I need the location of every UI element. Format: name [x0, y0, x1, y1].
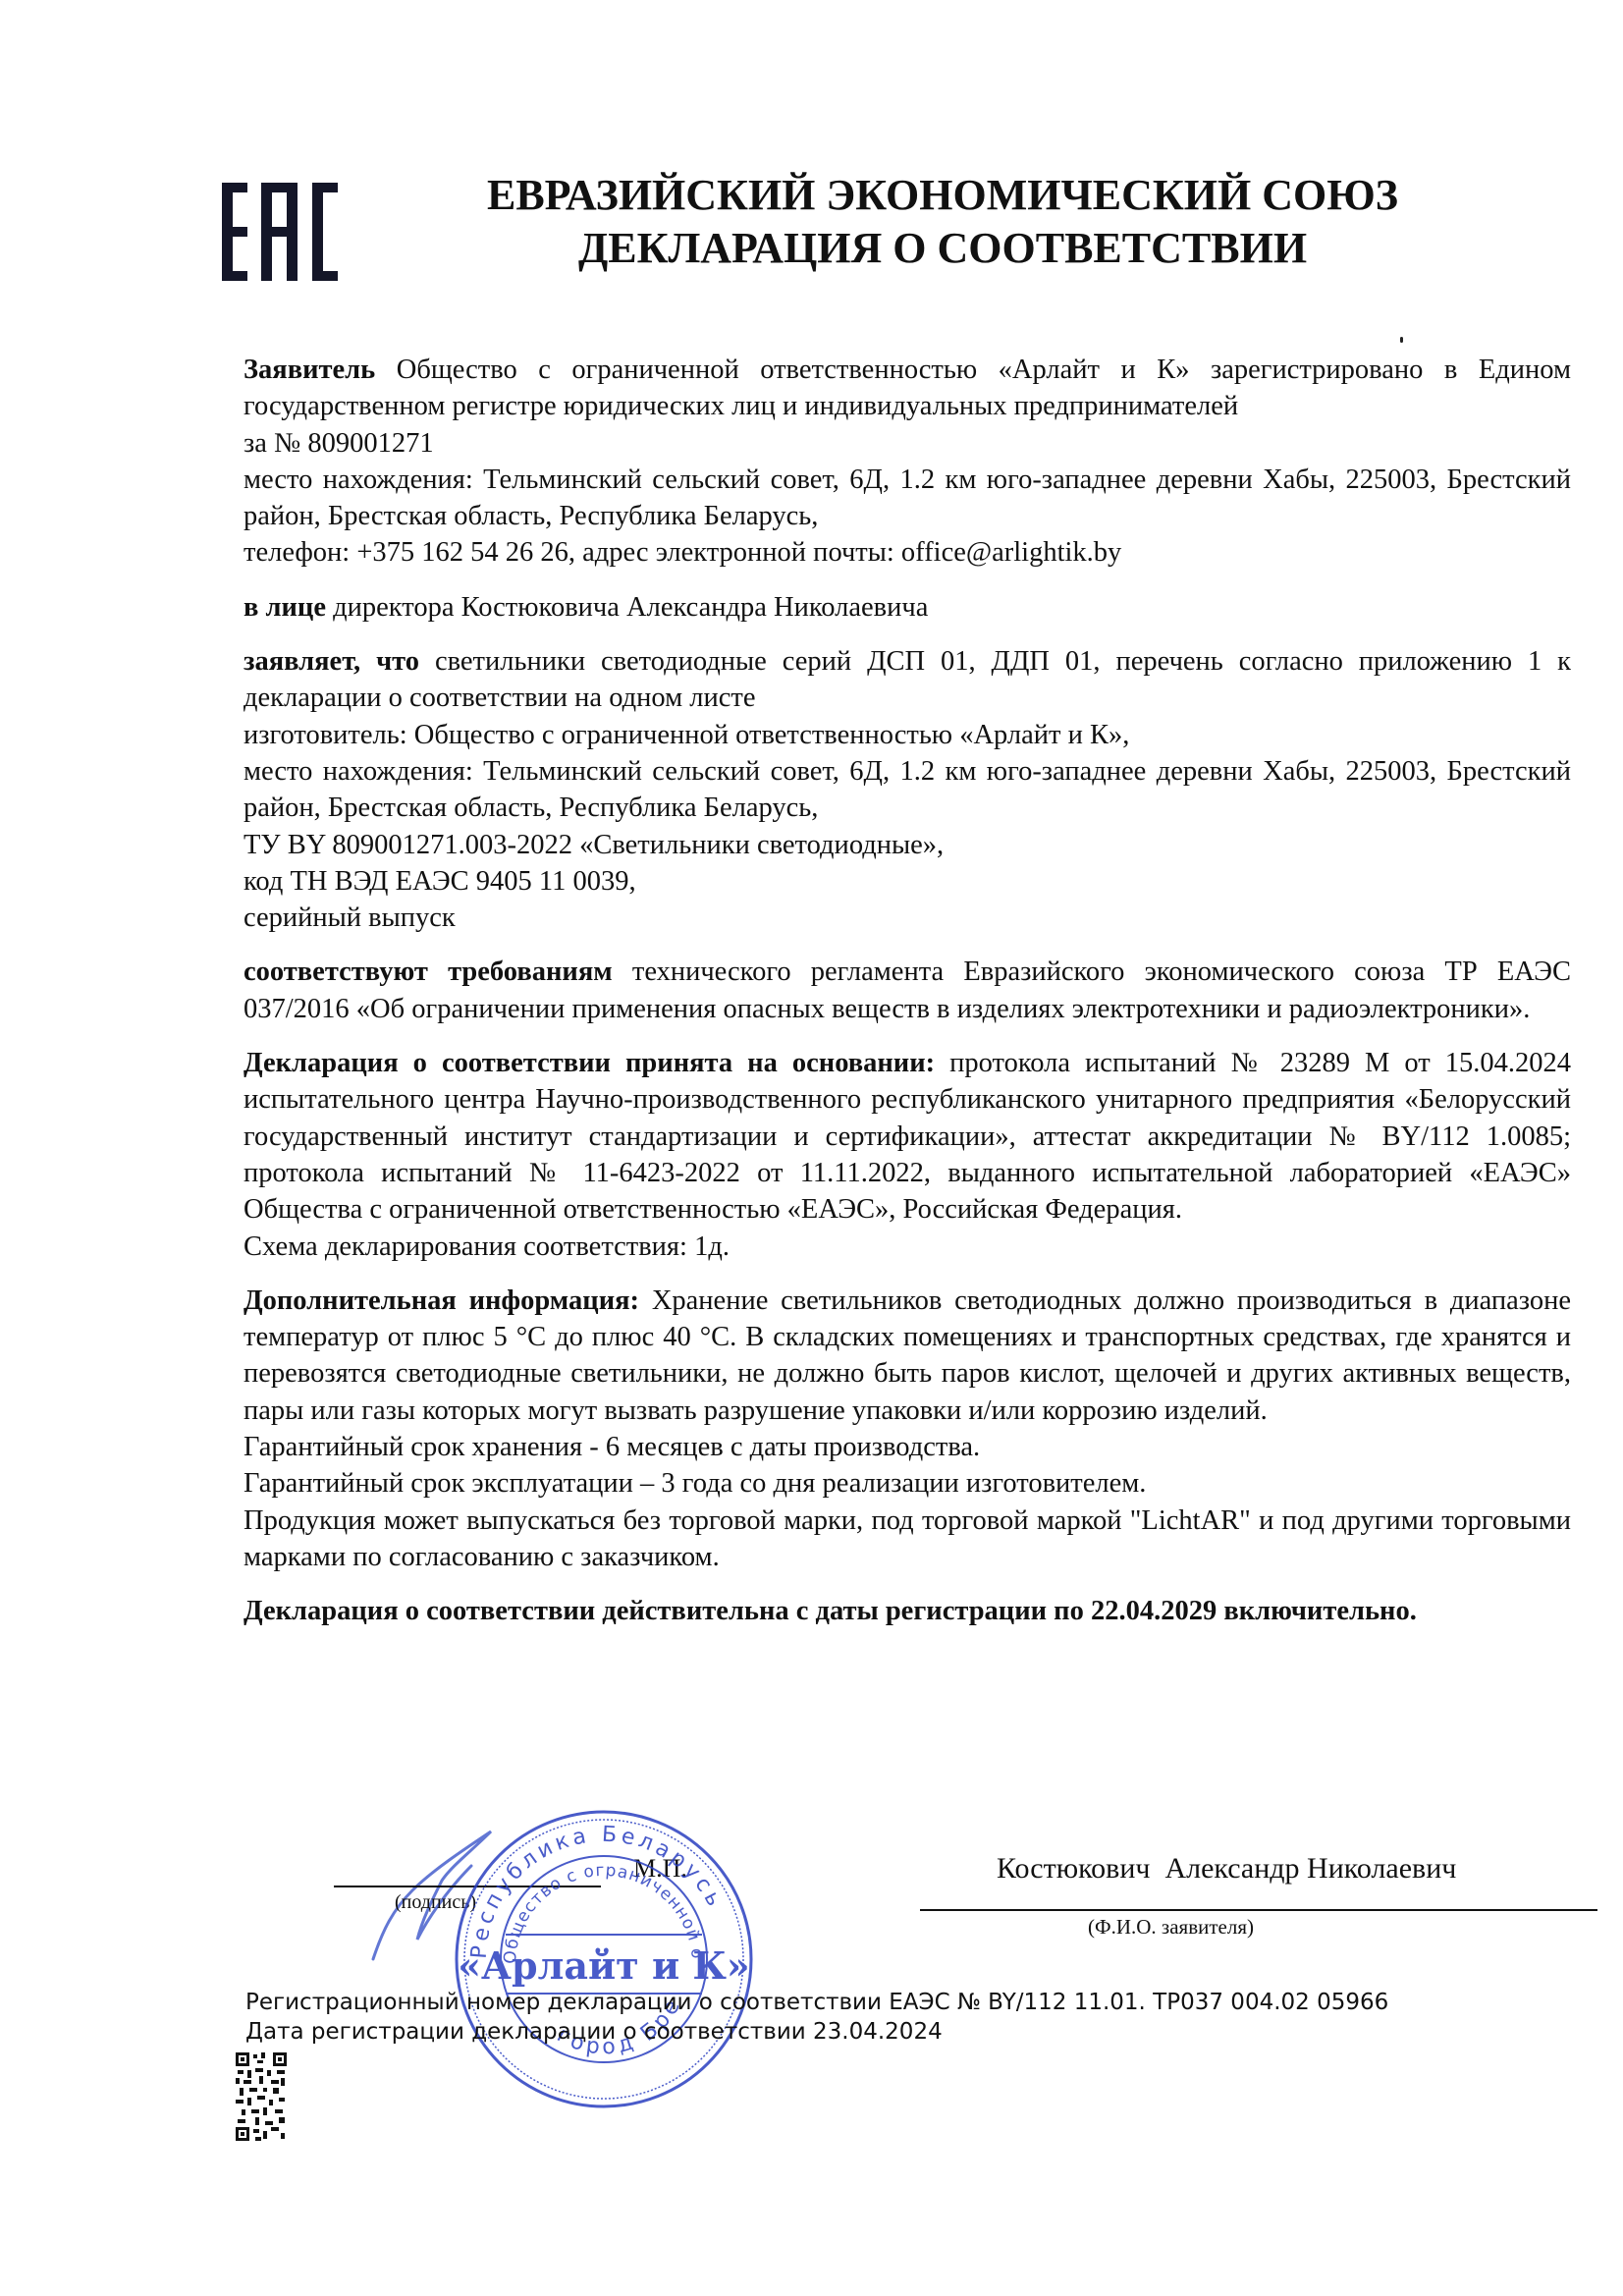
seal-place-label: М.П. — [633, 1854, 687, 1884]
storage-warranty: Гарантийный срок хранения - 6 месяцев с … — [243, 1429, 1571, 1465]
validity-text: Декларация о соответствии действительна … — [243, 1596, 1417, 1626]
name-line — [920, 1909, 1597, 1911]
manufacturer: изготовитель: Общество с ограниченной от… — [243, 717, 1571, 753]
document-title: ЕВРАЗИЙСКИЙ ЭКОНОМИЧЕСКИЙ СОЮЗ ДЕКЛАРАЦИ… — [412, 169, 1473, 275]
declaration-scheme: Схема декларирования соответствия: 1д. — [243, 1229, 1571, 1265]
applicant-contacts: телефон: +375 162 54 26 26, адрес электр… — [243, 534, 1571, 571]
applicant-text: Общество с ограниченной ответственностью… — [243, 355, 1571, 421]
customs-code: код ТН ВЭД ЕАЭС 9405 11 0039, — [243, 863, 1571, 900]
validity-statement: Декларация о соответствии действительна … — [243, 1593, 1571, 1629]
represented-by-text: директора Костюковича Александра Николае… — [333, 592, 928, 623]
declaration-body: Заявитель Общество с ограниченной ответс… — [243, 330, 1571, 1630]
applicant-address: место нахождения: Тельминский сельский с… — [243, 462, 1571, 535]
eac-logo — [220, 183, 342, 281]
qr-code — [236, 2052, 287, 2141]
basis-section: Декларация о соответствии принята на осн… — [243, 1045, 1571, 1228]
applicant-section: Заявитель Общество с ограниченной ответс… — [243, 352, 1571, 425]
additional-info-section: Дополнительная информация: Хранение свет… — [243, 1283, 1571, 1429]
represented-by-label: в лице — [243, 592, 326, 623]
applicant-reg-number: за № 809001271 — [243, 425, 1571, 462]
compliance-section: соответствуют требованиям технического р… — [243, 954, 1571, 1027]
represented-by: в лице директора Костюковича Александра … — [243, 589, 1571, 626]
title-line-2: ДЕКЛАРАЦИЯ О СООТВЕТСТВИИ — [412, 222, 1473, 275]
registration-info: Регистрационный номер декларации о соотв… — [245, 1988, 1388, 2047]
name-label: (Ф.И.О. заявителя) — [1088, 1915, 1254, 1940]
declares-label: заявляет, что — [243, 646, 419, 677]
technical-conditions: ТУ BY 809001271.003-2022 «Светильники св… — [243, 827, 1571, 863]
additional-info-label: Дополнительная информация: — [243, 1285, 639, 1316]
operation-warranty: Гарантийный срок эксплуатации – 3 года с… — [243, 1465, 1571, 1502]
manufacturer-address: место нахождения: Тельминский сельский с… — [243, 753, 1571, 827]
basis-label: Декларация о соответствии принята на осн… — [243, 1048, 935, 1078]
signature-line — [334, 1886, 601, 1887]
applicant-label: Заявитель — [243, 355, 375, 385]
registration-date: Дата регистрации декларации о соответств… — [245, 2017, 1388, 2047]
compliance-label: соответствуют требованиям — [243, 957, 613, 987]
production-type: серийный выпуск — [243, 900, 1571, 936]
signature-label: (подпись) — [395, 1891, 476, 1914]
title-line-1: ЕВРАЗИЙСКИЙ ЭКОНОМИЧЕСКИЙ СОЮЗ — [412, 169, 1473, 222]
trademark-info: Продукция может выпускаться без торговой… — [243, 1503, 1571, 1576]
declares-text: светильники светодиодные серий ДСП 01, Д… — [243, 646, 1571, 713]
declares-section: заявляет, что светильники светодиодные с… — [243, 643, 1571, 717]
registration-number: Регистрационный номер декларации о соотв… — [245, 1988, 1388, 2017]
applicant-name: Костюкович Александр Николаевич — [997, 1852, 1456, 1886]
